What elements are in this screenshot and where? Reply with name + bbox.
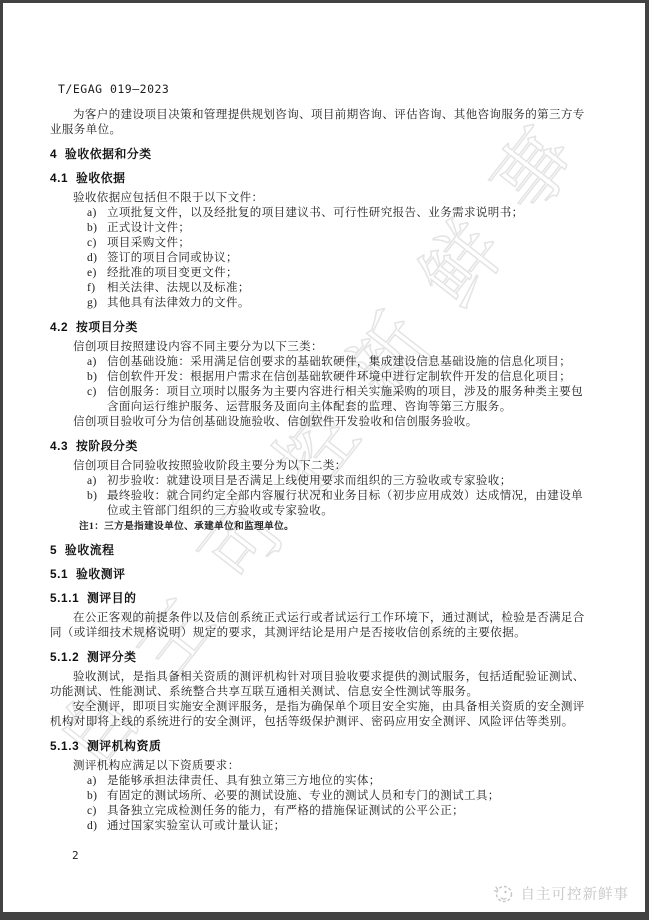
paragraph-line: 安全测评，即项目实施安全测评服务，是指为确保单个项目安全实施，由具备相关资质的安… — [50, 700, 605, 715]
list-item: g)其他具有法律效力的文件。 — [50, 296, 605, 311]
document-page: 自主可控新鲜事 T/EGAG 019—2023 为客户的建设项目决策和管理提供规… — [3, 3, 645, 912]
section-heading: 5.1.1 测评目的 — [50, 591, 605, 606]
section-heading: 5.1 验收测评 — [50, 567, 605, 582]
paragraph-line: 业服务单位。 — [50, 123, 605, 138]
paragraph-line: 信创项目合同验收按照验收阶段主要分为以下二类： — [50, 459, 605, 474]
list-item: b)最终验收：就合同约定全部内容履行状况和业务目标（初步应用成效）达成情况，由建… — [50, 489, 605, 504]
list-item-text: 项目采购文件； — [107, 236, 190, 251]
list-item: d)通过国家实验室认可或计量认证； — [50, 819, 605, 834]
list-item-label: b) — [87, 789, 107, 804]
list-item-label: a) — [87, 206, 107, 221]
standard-code-header: T/EGAG 019—2023 — [58, 82, 169, 96]
list-item-label: e) — [87, 266, 107, 281]
page-number: 2 — [72, 849, 79, 862]
paragraph-line: 机构对即将上线的系统进行的安全测评，包括等级保护测评、密码应用安全测评、风险评估… — [50, 715, 605, 730]
screenshot-root: { "document": { "code": "T/EGAG 019—2023… — [0, 0, 649, 920]
list-item-text: 其他具有法律效力的文件。 — [107, 296, 250, 311]
list-item: c)具备独立完成检测任务的能力，有严格的措施保证测试的公平公正； — [50, 804, 605, 819]
list-item-label: f) — [87, 281, 107, 296]
list-item-label: d) — [87, 251, 107, 266]
list-item-text: 初步验收：就建设项目是否满足上线使用要求而组织的三方验收或专家验收； — [107, 474, 512, 489]
list-item-text: 是能够承担法律责任、具有独立第三方地位的实体； — [107, 774, 381, 789]
paragraph-line: 在公正客观的前提条件以及信创系统正式运行或者试运行工作环境下，通过测试，检验是否… — [50, 611, 605, 626]
list-item-label: b) — [87, 221, 107, 236]
paragraph-line: 测评机构应满足以下资质要求： — [50, 759, 605, 774]
document-body: 为客户的建设项目决策和管理提供规划咨询、项目前期咨询、评估咨询、其他咨询服务的第… — [50, 108, 605, 834]
section-heading: 4 验收依据和分类 — [50, 147, 605, 162]
paragraph-line: 为客户的建设项目决策和管理提供规划咨询、项目前期咨询、评估咨询、其他咨询服务的第… — [50, 108, 605, 123]
paragraph-line: 功能测试、性能测试、系统整合共享互联互通相关测试、信息安全性测试等服务。 — [50, 685, 605, 700]
section-heading: 5.1.3 测评机构资质 — [50, 739, 605, 754]
list-item: c)项目采购文件； — [50, 236, 605, 251]
section-heading: 4.2 按项目分类 — [50, 320, 605, 335]
paragraph-line: 验收依据应包括但不限于以下文件： — [50, 191, 605, 206]
paragraph-line: 信创项目验收可分为信创基础设施验收、信创软件开发验收和信创服务验收。 — [50, 415, 605, 430]
list-item-label: b) — [87, 370, 107, 385]
list-item-text: 信创软件开发：根据用户需求在信创基础软硬件环境中进行定制软件开发的信息化项目； — [107, 370, 571, 385]
list-item-text: 正式设计文件； — [107, 221, 190, 236]
list-item-text: 经批准的项目变更文件； — [107, 266, 238, 281]
list-item: a)立项批复文件，以及经批复的项目建议书、可行性研究报告、业务需求说明书； — [50, 206, 605, 221]
sketch-face-logo-icon — [492, 882, 514, 904]
list-item-label: a) — [87, 474, 107, 489]
brand-name-label: 自主可控新鲜事 — [521, 883, 630, 904]
list-item-text: 信创基础设施：采用满足信创要求的基础软硬件，集成建设信息基础设施的信息化项目； — [107, 355, 571, 370]
list-item-text: 有固定的测试场所、必要的测试设施、专业的测试人员和专门的测试工具； — [107, 789, 500, 804]
list-item-continuation: 位或主管部门组织的三方验收或专家验收。 — [50, 504, 605, 519]
list-item-text: 签订的项目合同或协议； — [107, 251, 238, 266]
section-heading: 4.1 验收依据 — [50, 171, 605, 186]
list-item: b)正式设计文件； — [50, 221, 605, 236]
list-item-label: g) — [87, 296, 107, 311]
list-item-text: 具备独立完成检测任务的能力，有严格的措施保证测试的公平公正； — [107, 804, 464, 819]
list-item: b)有固定的测试场所、必要的测试设施、专业的测试人员和专门的测试工具； — [50, 789, 605, 804]
note-line: 注1：三方是指建设单位、承建单位和监理单位。 — [50, 520, 605, 534]
list-item-text: 相关法律、法规以及标准； — [107, 281, 250, 296]
list-item-label: b) — [87, 489, 107, 504]
list-item: e)经批准的项目变更文件； — [50, 266, 605, 281]
list-item-label: c) — [87, 385, 107, 400]
list-item: a)信创基础设施：采用满足信创要求的基础软硬件，集成建设信息基础设施的信息化项目… — [50, 355, 605, 370]
paragraph-line: 验收测试，是指具备相关资质的测评机构针对项目验收要求提供的测试服务，包括适配验证… — [50, 670, 605, 685]
list-item-label: d) — [87, 819, 107, 834]
list-item-label: a) — [87, 774, 107, 789]
paragraph-line: 同（或详细技术规格说明）规定的要求，其测评结论是用户是否接收信创系统的主要依据。 — [50, 626, 605, 641]
list-item: d)签订的项目合同或协议； — [50, 251, 605, 266]
section-heading: 4.3 按阶段分类 — [50, 439, 605, 454]
list-item: c)信创服务：项目立项时以服务为主要内容进行相关实施采购的项目，涉及的服务种类主… — [50, 385, 605, 400]
list-item-label: a) — [87, 355, 107, 370]
list-item-text: 通过国家实验室认可或计量认证； — [107, 819, 286, 834]
section-heading: 5 验收流程 — [50, 543, 605, 558]
list-item-text: 最终验收：就合同约定全部内容履行状况和业务目标（初步应用成效）达成情况，由建设单 — [107, 489, 583, 504]
paragraph-line: 信创项目按照建设内容不同主要分为以下三类： — [50, 340, 605, 355]
list-item: a)初步验收：就建设项目是否满足上线使用要求而组织的三方验收或专家验收； — [50, 474, 605, 489]
list-item: a)是能够承担法律责任、具有独立第三方地位的实体； — [50, 774, 605, 789]
list-item-text: 信创服务：项目立项时以服务为主要内容进行相关实施采购的项目，涉及的服务种类主要包 — [107, 385, 583, 400]
list-item: b)信创软件开发：根据用户需求在信创基础软硬件环境中进行定制软件开发的信息化项目… — [50, 370, 605, 385]
list-item-label: c) — [87, 236, 107, 251]
list-item-continuation: 含面向运行维护服务、运营服务及面向主体配套的监理、咨询等第三方服务。 — [50, 400, 605, 415]
list-item-label: c) — [87, 804, 107, 819]
list-item: f)相关法律、法规以及标准； — [50, 281, 605, 296]
list-item-text: 立项批复文件，以及经批复的项目建议书、可行性研究报告、业务需求说明书； — [107, 206, 524, 221]
brand-mark: 自主可控新鲜事 — [492, 882, 630, 904]
section-heading: 5.1.2 测评分类 — [50, 650, 605, 665]
